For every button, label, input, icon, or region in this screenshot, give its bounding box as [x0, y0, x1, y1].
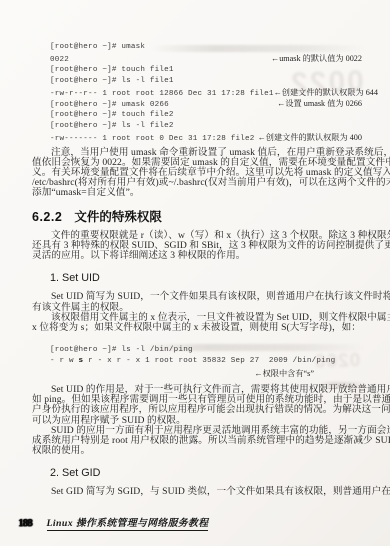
book-title: Linux 操作系统管理与网络服务教程	[47, 515, 209, 531]
inline-annotation: ←设置 umask 值为 0266	[277, 98, 362, 109]
page-number: 188	[18, 517, 32, 529]
paragraph-line: Set GID 简写为 SGID，与 SUID 类似，一个文件如果具有该权限，则…	[32, 487, 362, 497]
paragraph-line: 添加“umask=自定义值”。	[32, 188, 362, 198]
note-paragraph: 注意，当用户使用 umask 命令重新设置了 umask 值后，在用户重新登录系…	[32, 148, 362, 199]
command-output: -rw-r--r-- 1 root root 12866 Dec 31 17:2…	[50, 89, 274, 100]
command-text: [root@hero ~]# umask	[50, 42, 145, 53]
subheading-set-gid: 2. Set GID	[50, 467, 362, 480]
inline-annotation: ←umask 的默认值为 0022	[271, 53, 362, 64]
terminal-line: -rw-r--r-- 1 root root 12866 Dec 31 17:2…	[50, 87, 362, 98]
permission-annotation: ←权限中含有“s”	[50, 368, 362, 379]
subheading-set-uid: 1. Set UID	[50, 272, 362, 285]
paragraph-line: x 位将变为 s；如果文件权限中属主的 x 未被设置，则使用 S(大写字母)，如…	[32, 323, 362, 333]
sgid-paragraph: Set GID 简写为 SGID，与 SUID 类似，一个文件如果具有该权限，则…	[32, 487, 362, 497]
paragraph-line: Set UID 简写为 SUID，一个文件如果具有该权限，则普通用户在执行该文件…	[32, 292, 362, 302]
perm-suffix: r - x r - x 1 root root 35832 Sep 27 200…	[83, 357, 335, 365]
terminal-line: [root@hero ~]# touch file1	[50, 65, 362, 76]
terminal-line: 0022←umask 的默认值为 0022	[50, 53, 362, 64]
terminal-line: [root@hero ~]# ls -l file2	[50, 121, 362, 132]
terminal-line: [root@hero ~]# umask	[50, 42, 362, 53]
command-text: [root@hero ~]# ls -l file2	[50, 121, 174, 132]
inline-annotation: ←创建文件的默认权限为 400	[258, 132, 362, 143]
section-heading: 6.2.2文件的特殊权限	[32, 210, 362, 225]
suid-paragraph: Set UID 简写为 SUID，一个文件如果具有该权限，则普通用户在执行该文件…	[32, 292, 362, 333]
terminal-line: [root@hero ~]# touch file2	[50, 110, 362, 121]
section-title: 文件的特殊权限	[74, 210, 162, 224]
terminal-line: [root@hero ~]# ls -l /bin/ping	[50, 345, 362, 356]
terminal-listing-ping: [root@hero ~]# ls -l /bin/ping - r w s r…	[32, 345, 362, 379]
paragraph-line: 权限的使用。	[32, 446, 362, 456]
book-page: 0022 0266 [root@hero ~]# umask 0022←umas…	[0, 0, 390, 546]
perm-prefix: - r w	[50, 357, 79, 365]
terminal-line: - r w s r - x r - x 1 root root 35832 Se…	[50, 356, 362, 367]
terminal-listing-umask: [root@hero ~]# umask 0022←umask 的默认值为 00…	[32, 42, 362, 144]
command-text: [root@hero ~]# ls -l /bin/ping	[50, 345, 193, 356]
command-text: [root@hero ~]# touch file1	[50, 65, 174, 76]
paragraph-line: 灵活的应用。以下将详细阐述这 3 种权限的作用。	[32, 251, 362, 261]
intro-paragraph: 文件的重要权限就是 r（读）、w（写）和 x（执行）这 3 个权限。除这 3 种…	[32, 231, 362, 262]
suid-effect-paragraph: Set UID 的作用是，对于一些可执行文件而言，需要将其使用权限开放给普通用户…	[32, 385, 362, 456]
terminal-line: [root@hero ~]# ls -l file1	[50, 76, 362, 87]
terminal-line: -rw------- 1 root root 0 Dec 31 17:28 fi…	[50, 132, 362, 143]
command-output: -rw------- 1 root root 0 Dec 31 17:28 fi…	[50, 134, 255, 145]
section-number: 6.2.2	[32, 210, 62, 224]
command-text: [root@hero ~]# touch file2	[50, 110, 174, 121]
inline-annotation: ←创建文件的默认权限为 644	[274, 87, 378, 98]
permission-string: - r w s r - x r - x 1 root root 35832 Se…	[50, 356, 335, 367]
command-text: [root@hero ~]# ls -l file1	[50, 76, 174, 87]
page-footer: 188 Linux 操作系统管理与网络服务教程	[18, 515, 208, 531]
